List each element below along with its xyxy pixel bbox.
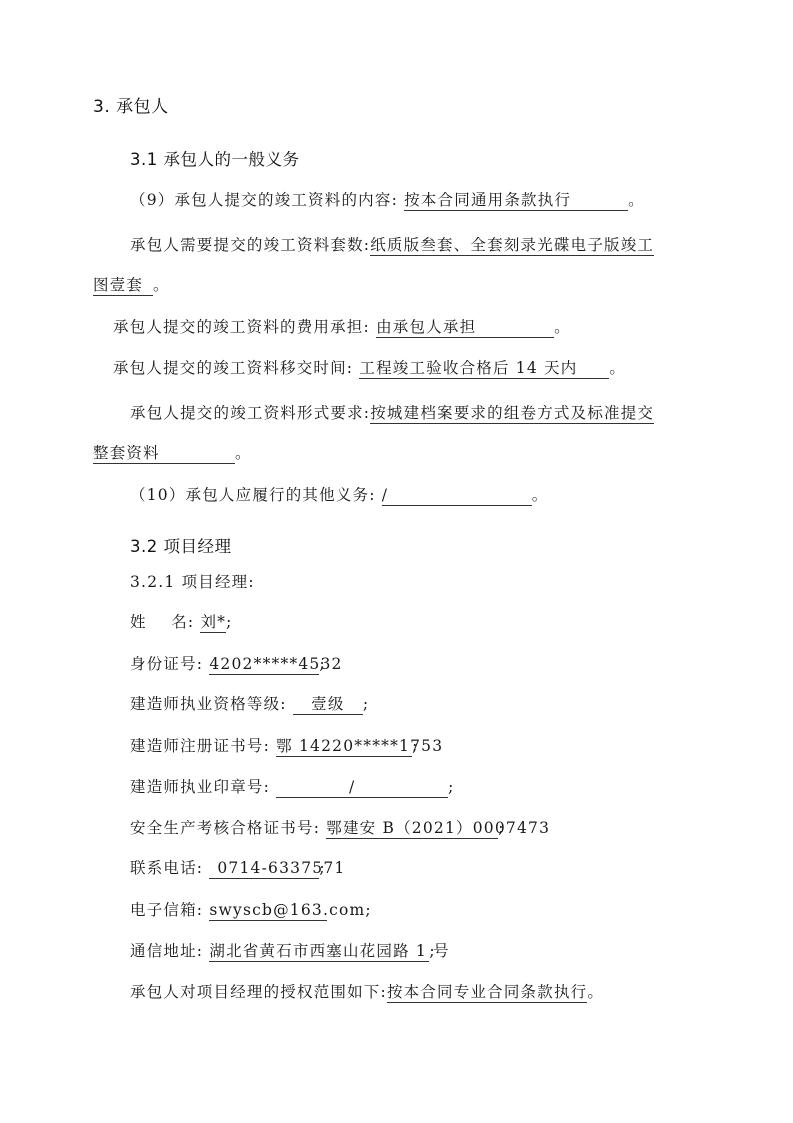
completion-docs-cost: 承包人提交的竣工资料的费用承担: 由承包人承担。	[113, 317, 571, 338]
format-label: 承包人提交的竣工资料形式要求:	[130, 404, 370, 422]
name-end: ;	[226, 613, 232, 631]
subsection-heading-3-2: 3.2 项目经理	[130, 537, 232, 557]
cost-label: 承包人提交的竣工资料的费用承担:	[113, 318, 370, 336]
scope-end: 。	[587, 983, 604, 1001]
cert-label: 建造师注册证书号:	[130, 737, 270, 755]
cert-value: 鄂 14220*****1753	[276, 737, 412, 757]
subsection-heading-3-1: 3.1 承包人的一般义务	[130, 150, 300, 170]
handover-end: 。	[609, 359, 626, 377]
item-9-label: （9）承包人提交的竣工资料的内容:	[130, 191, 398, 209]
safety-end: ;	[498, 819, 504, 837]
id-end: ;	[319, 655, 325, 673]
seal-end: ;	[448, 778, 454, 796]
grade-value: 壹级	[293, 695, 363, 715]
item-9-completion-docs-content: （9）承包人提交的竣工资料的内容: 按本合同通用条款执行。	[130, 190, 645, 211]
completion-docs-format-cont: 整套资料。	[93, 443, 252, 464]
completion-docs-format: 承包人提交的竣工资料形式要求:按城建档案要求的组卷方式及标准提交	[130, 403, 654, 424]
sets-value-line1: 纸质版叁套、全套刻录光碟电子版竣工	[370, 236, 654, 256]
sets-label: 承包人需要提交的竣工资料套数:	[130, 236, 370, 254]
format-value-line1: 按城建档案要求的组卷方式及标准提交	[370, 404, 654, 424]
subsection-heading-3-2-1: 3.2.1 项目经理:	[130, 572, 255, 592]
grade-end: ;	[363, 695, 369, 713]
section-heading: 3. 承包人	[93, 97, 169, 117]
address-value: 湖北省黄石市西塞山花园路 1 号	[209, 942, 429, 962]
manager-phone-row: 联系电话: 0714-6337571;	[130, 858, 326, 879]
item-10-label: （10）承包人应履行的其他义务:	[130, 486, 376, 504]
manager-safety-row: 安全生产考核合格证书号: 鄂建安 B（2021）0007473;	[130, 818, 505, 839]
item-10-end: 。	[532, 486, 549, 504]
item-9-end: 。	[628, 191, 645, 209]
name-label: 姓 名:	[130, 613, 194, 631]
sets-value-line2: 图壹套	[93, 276, 153, 296]
address-label: 通信地址:	[130, 942, 203, 960]
manager-email-row: 电子信箱: swyscb@163.com;	[130, 900, 327, 921]
phone-label: 联系电话:	[130, 859, 203, 877]
cert-end: ;	[412, 737, 418, 755]
id-value: 4202*****4532	[209, 655, 319, 675]
completion-docs-sets-cont: 图壹套。	[93, 275, 170, 296]
manager-cert-row: 建造师注册证书号: 鄂 14220*****1753;	[130, 736, 419, 757]
name-value: 刘*	[200, 613, 226, 633]
manager-grade-row: 建造师执业资格等级: 壹级;	[130, 694, 369, 715]
manager-name-row: 姓 名: 刘*;	[130, 612, 233, 633]
email-value: swyscb@163.com;	[209, 901, 327, 921]
phone-value: 0714-6337571	[209, 859, 319, 879]
cost-value: 由承包人承担	[376, 318, 554, 338]
scope-label: 承包人对项目经理的授权范围如下:	[130, 983, 387, 1001]
phone-end: ;	[319, 859, 325, 877]
format-end: 。	[235, 444, 252, 462]
manager-scope-row: 承包人对项目经理的授权范围如下:按本合同专业合同条款执行。	[130, 982, 604, 1003]
manager-id-row: 身份证号: 4202*****4532;	[130, 654, 326, 675]
manager-address-row: 通信地址: 湖北省黄石市西塞山花园路 1 号;	[130, 941, 436, 962]
email-label: 电子信箱:	[130, 901, 203, 919]
sets-end: 。	[153, 276, 170, 294]
grade-label: 建造师执业资格等级:	[130, 695, 287, 713]
item-9-value: 按本合同通用条款执行	[404, 191, 628, 211]
address-end: ;	[429, 942, 435, 960]
format-value-line2: 整套资料	[93, 444, 235, 464]
scope-value: 按本合同专业合同条款执行	[387, 983, 587, 1003]
completion-docs-sets: 承包人需要提交的竣工资料套数:纸质版叁套、全套刻录光碟电子版竣工	[130, 235, 654, 256]
safety-value: 鄂建安 B（2021）0007473	[326, 819, 498, 839]
manager-seal-row: 建造师执业印章号: /;	[130, 777, 455, 798]
seal-value: /	[276, 778, 448, 798]
handover-label: 承包人提交的竣工资料移交时间:	[113, 359, 353, 377]
item-10-value: /	[382, 486, 532, 506]
completion-docs-handover: 承包人提交的竣工资料移交时间: 工程竣工验收合格后 14 天内。	[113, 358, 626, 379]
seal-label: 建造师执业印章号:	[130, 778, 270, 796]
item-10-other-obligations: （10）承包人应履行的其他义务: /。	[130, 485, 549, 506]
id-label: 身份证号:	[130, 655, 203, 673]
safety-label: 安全生产考核合格证书号:	[130, 819, 320, 837]
handover-value: 工程竣工验收合格后 14 天内	[359, 359, 609, 379]
cost-end: 。	[554, 318, 571, 336]
